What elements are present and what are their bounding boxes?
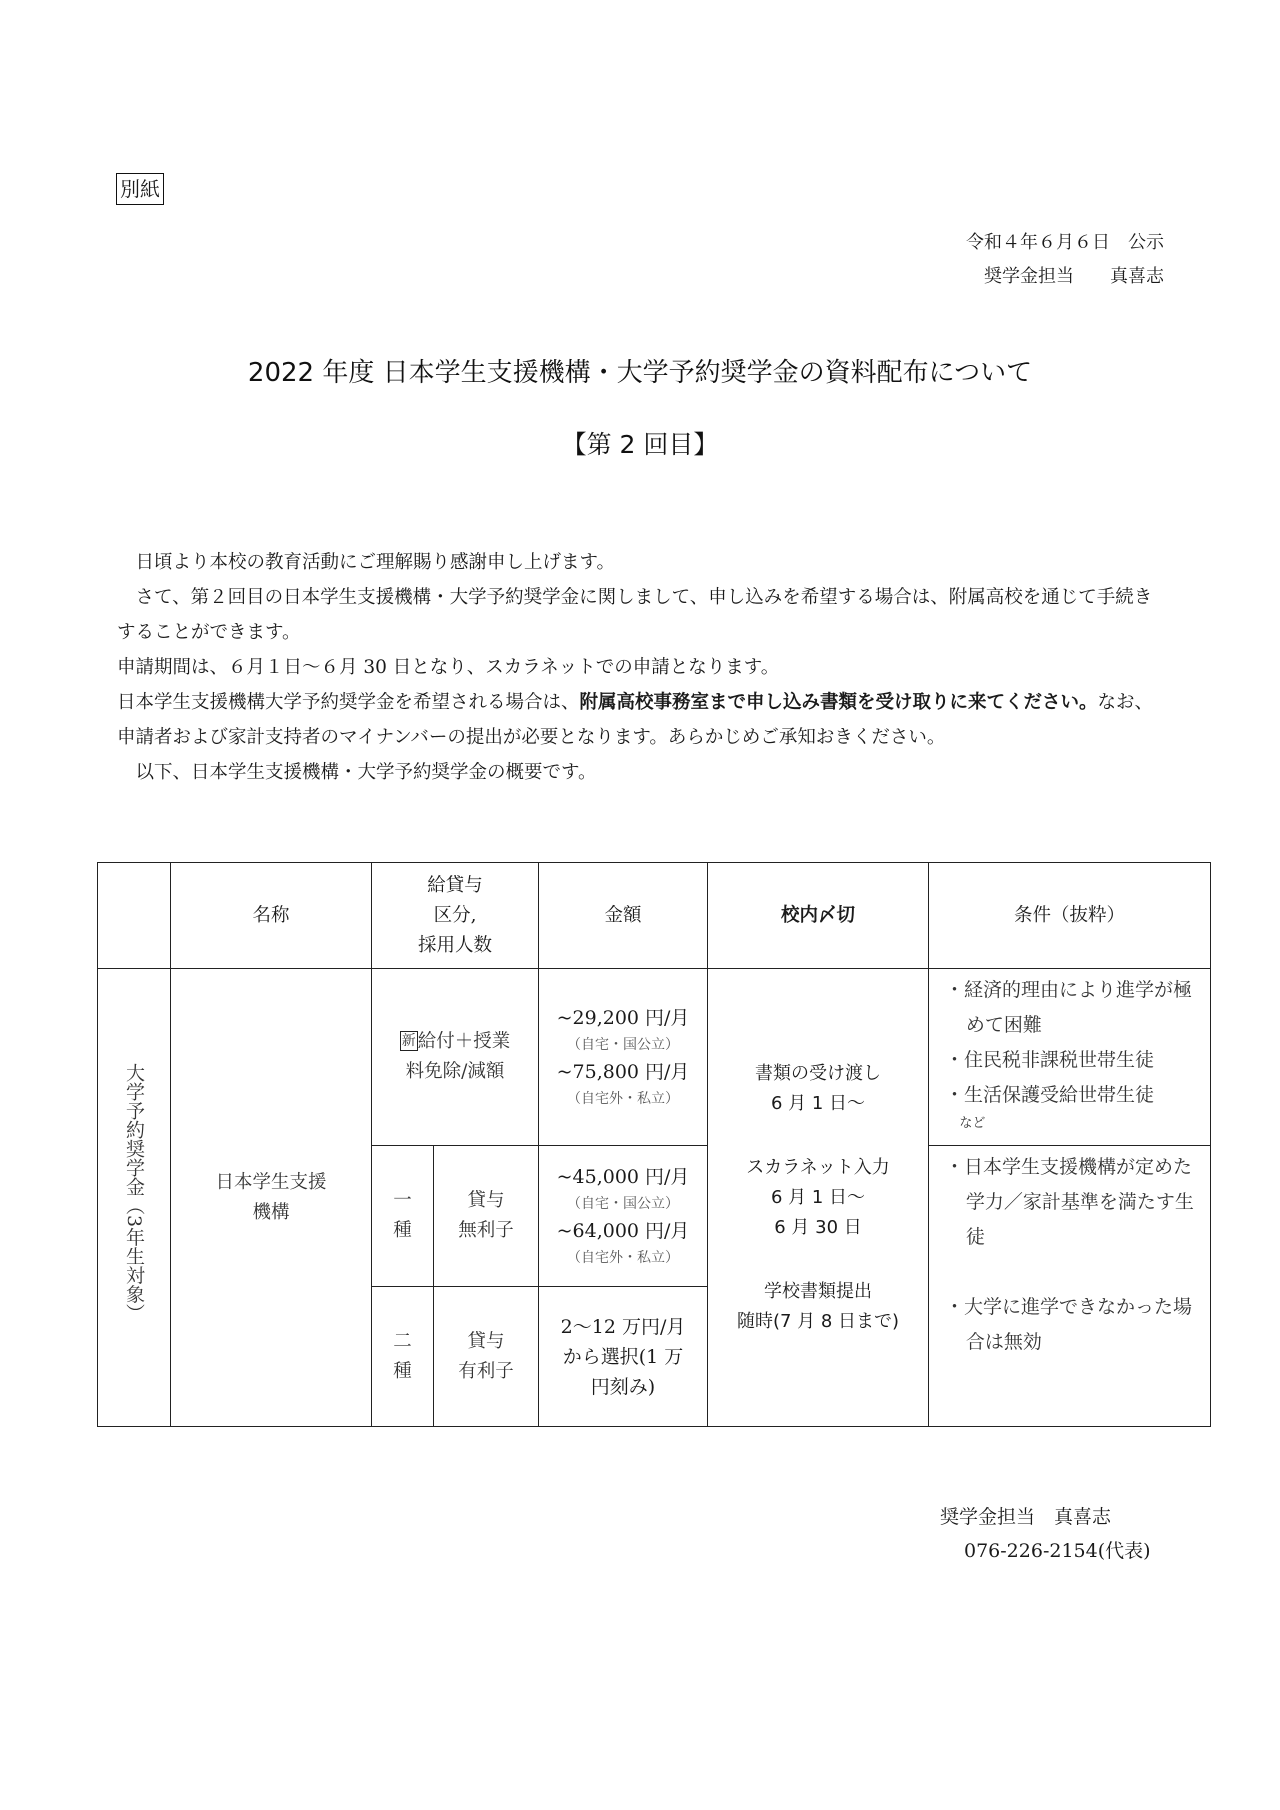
document-subtitle: 【第 2 回目】 (0, 425, 1280, 461)
loan-type-cell: 貸与 無利子 (434, 1146, 539, 1287)
paragraph-greeting: 日頃より本校の教育活動にご理解賜り感謝申し上げます。 (117, 545, 1167, 580)
paragraph-period: 申請期間は、６月１日〜６月 30 日となり、スカラネットでの申請となります。 (117, 650, 1167, 685)
header-conditions: 条件（抜粋） (929, 863, 1211, 969)
loan-amount-cell: ~45,000 円/月 （自宅・国公立） ~64,000 円/月 （自宅外・私立… (539, 1146, 708, 1287)
category-cell: 大学予約奨学金（3年生対象） (98, 969, 171, 1427)
deadline-cell: 書類の受け渡し 6 月 1 日〜 スカラネット入力 6 月 1 日〜 6 月 3… (708, 969, 929, 1427)
organization-cell: 日本学生支援 機構 (171, 969, 372, 1427)
attachment-label: 別紙 (116, 173, 164, 205)
scholarship-table: 名称 給貸与 区分, 採用人数 金額 校内〆切 条件（抜粋） 大学予約奨学金（3… (97, 862, 1211, 1427)
date-line: 令和４年６月６日 公示 (966, 228, 1164, 258)
contact-phone: 076-226-2154(代表) (940, 1534, 1151, 1568)
table-header-row: 名称 給貸与 区分, 採用人数 金額 校内〆切 条件（抜粋） (98, 863, 1211, 969)
grant-type-cell: 新給付＋授業 料免除/減額 (372, 969, 539, 1146)
body-text: 日頃より本校の教育活動にご理解賜り感謝申し上げます。 さて、第２回目の日本学生支… (117, 545, 1167, 790)
loan-conditions-cell: ・日本学生支援機構が定めた学力／家計基準を満たす生徒 ・大学に進学できなかった場… (929, 1146, 1211, 1427)
loan-kind-cell: 一 種 (372, 1146, 434, 1287)
footer-contact: 奨学金担当 真喜志 076-226-2154(代表) (940, 1500, 1151, 1568)
paragraph-procedure: さて、第２回目の日本学生支援機構・大学予約奨学金に関しまして、申し込みを希望する… (117, 580, 1167, 650)
header-deadline: 校内〆切 (708, 863, 929, 969)
document-title: 2022 年度 日本学生支援機構・大学予約奨学金の資料配布について (0, 352, 1280, 389)
table-row: 大学予約奨学金（3年生対象） 日本学生支援 機構 新給付＋授業 料免除/減額 ~… (98, 969, 1211, 1146)
paragraph-instructions: 日本学生支援機構大学予約奨学金を希望される場合は、附属高校事務室まで申し込み書類… (117, 685, 1167, 755)
new-badge-icon: 新 (400, 1031, 418, 1051)
header-amount: 金額 (539, 863, 708, 969)
grant-conditions-cell: ・経済的理由により進学が極めて困難 ・住民税非課税世帯生徒 ・生活保護受給世帯生… (929, 969, 1211, 1146)
loan-type-cell: 貸与 有利子 (434, 1287, 539, 1427)
loan-kind-cell: 二 種 (372, 1287, 434, 1427)
header-type: 給貸与 区分, 採用人数 (372, 863, 539, 969)
author-line: 奨学金担当 真喜志 (984, 262, 1164, 292)
loan-amount-cell: 2〜12 万円/月 から選択(1 万 円刻み) (539, 1287, 708, 1427)
paragraph-overview: 以下、日本学生支援機構・大学予約奨学金の概要です。 (117, 755, 1167, 790)
header-category (98, 863, 171, 969)
grant-amount-cell: ~29,200 円/月 （自宅・国公立） ~75,800 円/月 （自宅外・私立… (539, 969, 708, 1146)
emphasis-pickup: 附属高校事務室まで申し込み書類を受け取りに来てください。 (580, 692, 1098, 713)
contact-name: 奨学金担当 真喜志 (940, 1500, 1151, 1534)
header-name: 名称 (171, 863, 372, 969)
